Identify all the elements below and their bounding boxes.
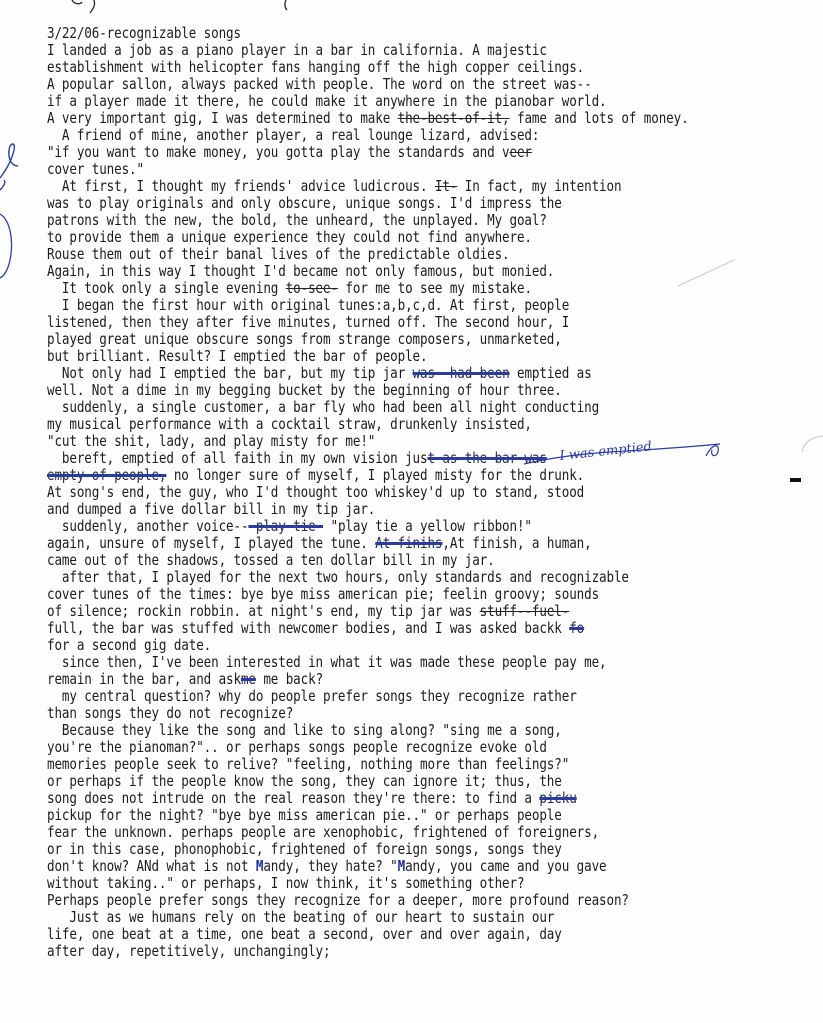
text-line: came out of the shadows, tossed a ten do… xyxy=(47,552,694,569)
typed-strikethrough: eer xyxy=(510,143,532,161)
typed-text-body: 3/22/06-recognizable songsI landed a job… xyxy=(47,25,817,960)
text-segment: suddenly, a single customer, a bar fly w… xyxy=(47,398,599,416)
text-segment: song does not intrude on the real reason… xyxy=(47,789,539,807)
text-segment: of silence; rockin robbin. at night's en… xyxy=(47,602,480,620)
text-segment: or perhaps if the people know the song, … xyxy=(47,772,562,790)
text-segment: than songs they do not recognize? xyxy=(47,704,293,722)
text-line: or perhaps if the people know the song, … xyxy=(47,773,694,790)
text-segment: establishment with helicopter fans hangi… xyxy=(47,58,584,76)
text-segment: came out of the shadows, tossed a ten do… xyxy=(47,551,495,569)
text-segment: A very important gig, I was determined t… xyxy=(47,109,398,127)
ink-correction: M xyxy=(256,857,263,875)
document-title-line: 3/22/06-recognizable songs xyxy=(47,25,694,42)
handwriting-scribble-top xyxy=(60,0,160,14)
text-segment: remain in the bar, and ask xyxy=(47,670,241,688)
text-segment: after that, I played for the next two ho… xyxy=(47,568,629,586)
text-line: "if you want to make money, you gotta pl… xyxy=(47,144,694,161)
text-segment: bereft, emptied of all faith in my own v… xyxy=(47,449,427,467)
text-line: again, unsure of myself, I played the tu… xyxy=(47,535,694,552)
text-segment: no longer sure of myself, I played misty… xyxy=(166,466,584,484)
text-line: or in this case, phonophobic, frightened… xyxy=(47,841,694,858)
text-segment: me back? xyxy=(256,670,323,688)
text-line: empty of people, no longer sure of mysel… xyxy=(47,467,694,484)
text-line: Perhaps people prefer songs they recogni… xyxy=(47,892,694,909)
text-segment: andy, they hate? " xyxy=(263,857,397,875)
typed-strikethrough: stuff--fuel- xyxy=(480,602,570,620)
text-line: well. Not a dime in my begging bucket by… xyxy=(47,382,694,399)
text-line: cover tunes of the times: bye bye miss a… xyxy=(47,586,694,603)
text-line: Just as we humans rely on the beating of… xyxy=(47,909,694,926)
text-segment: Not only had I emptied the bar, but my t… xyxy=(47,364,413,382)
margin-ink-bracket xyxy=(0,210,20,280)
text-line: if a player made it there, he could make… xyxy=(47,93,694,110)
text-line: It took only a single evening to-see- fo… xyxy=(47,280,694,297)
text-line: was to play originals and only obscure, … xyxy=(47,195,694,212)
typed-strikethrough: the-best-of-it, xyxy=(398,109,510,127)
text-segment: again, unsure of myself, I played the tu… xyxy=(47,534,375,552)
text-segment: life, one beat at a time, one beat a sec… xyxy=(47,925,562,943)
text-segment: but brilliant. Result? I emptied the bar… xyxy=(47,347,427,365)
text-line: establishment with helicopter fans hangi… xyxy=(47,59,694,76)
text-line: my central question? why do people prefe… xyxy=(47,688,694,705)
text-line: At song's end, the guy, who I'd thought … xyxy=(47,484,694,501)
text-line: after day, repetitively, unchangingly; xyxy=(47,943,694,960)
text-line: after that, I played for the next two ho… xyxy=(47,569,694,586)
text-segment: don't know? ANd what is not xyxy=(47,857,256,875)
text-line: cover tunes." xyxy=(47,161,694,178)
text-segment: or in this case, phonophobic, frightened… xyxy=(47,840,562,858)
text-segment: cover tunes of the times: bye bye miss a… xyxy=(47,585,599,603)
text-segment: Perhaps people prefer songs they recogni… xyxy=(47,891,629,909)
text-segment: since then, I've been interested in what… xyxy=(47,653,606,671)
text-segment: well. Not a dime in my begging bucket by… xyxy=(47,381,562,399)
text-segment: At first, I thought my friends' advice l… xyxy=(47,177,435,195)
ink-strikethrough: fo xyxy=(569,619,584,637)
ink-strikethrough: t as the bar was xyxy=(427,449,546,467)
text-line: without taking.." or perhaps, I now thin… xyxy=(47,875,694,892)
text-segment: and dumped a five dollar bill in my tip … xyxy=(47,500,375,518)
text-segment: Again, in this way I thought I'd became … xyxy=(47,262,554,280)
text-segment: A popular sallon, always packed with peo… xyxy=(47,75,592,93)
text-segment: A friend of mine, another player, a real… xyxy=(47,126,539,144)
text-line: At first, I thought my friends' advice l… xyxy=(47,178,694,195)
text-segment: without taking.." or perhaps, I now thin… xyxy=(47,874,524,892)
text-segment: In fact, my intention xyxy=(457,177,621,195)
handwriting-mark-top xyxy=(280,0,294,12)
text-line: A friend of mine, another player, a real… xyxy=(47,127,694,144)
ink-strikethrough: me xyxy=(241,670,256,688)
ink-strikethrough: picku xyxy=(539,789,576,807)
typed-strikethrough: to-see- xyxy=(286,279,338,297)
text-segment: fear the unknown. perhaps people are xen… xyxy=(47,823,599,841)
text-segment: I landed a job as a piano player in a ba… xyxy=(47,41,547,59)
text-line: Not only had I emptied the bar, but my t… xyxy=(47,365,694,382)
text-line: Rouse them out of their banal lives of t… xyxy=(47,246,694,263)
text-line: I landed a job as a piano player in a ba… xyxy=(47,42,694,59)
text-segment: I began the first hour with original tun… xyxy=(47,296,569,314)
text-line: fear the unknown. perhaps people are xen… xyxy=(47,824,694,841)
typed-strikethrough: It- xyxy=(435,177,457,195)
ink-strikethrough: -play tie- xyxy=(248,517,323,535)
text-line: since then, I've been interested in what… xyxy=(47,654,694,671)
ink-strikethrough: At finihs xyxy=(375,534,442,552)
text-segment: memories people seek to relive? "feeling… xyxy=(47,755,569,773)
text-line: than songs they do not recognize? xyxy=(47,705,694,722)
text-segment: Because they like the song and like to s… xyxy=(47,721,562,739)
text-segment: listened, then they after five minutes, … xyxy=(47,313,569,331)
text-segment: 3/22/06-recognizable songs xyxy=(47,24,241,42)
text-line: played great unique obscure songs from s… xyxy=(47,331,694,348)
text-segment: my musical performance with a cocktail s… xyxy=(47,415,532,433)
text-segment: emptied as xyxy=(510,364,592,382)
text-line: but brilliant. Result? I emptied the bar… xyxy=(47,348,694,365)
text-line: bereft, emptied of all faith in my own v… xyxy=(47,450,694,467)
text-segment: you're the pianoman?".. or perhaps songs… xyxy=(47,738,547,756)
text-line: life, one beat at a time, one beat a sec… xyxy=(47,926,694,943)
text-segment: suddenly, another voice-- xyxy=(47,517,248,535)
text-segment: pickup for the night? "bye bye miss amer… xyxy=(47,806,562,824)
text-segment: "if you want to make money, you gotta pl… xyxy=(47,143,510,161)
text-segment: for me to see my mistake. xyxy=(338,279,532,297)
text-segment: It took only a single evening xyxy=(47,279,286,297)
text-line: A popular sallon, always packed with peo… xyxy=(47,76,694,93)
text-line: remain in the bar, and askme me back? xyxy=(47,671,694,688)
scanned-page: I was emptied 3/22/06-recognizable songs… xyxy=(0,0,823,1023)
ink-strikethrough: was- had been xyxy=(413,364,510,382)
text-line: pickup for the night? "bye bye miss amer… xyxy=(47,807,694,824)
text-line: memories people seek to relive? "feeling… xyxy=(47,756,694,773)
text-segment: cover tunes." xyxy=(47,160,144,178)
text-line: Because they like the song and like to s… xyxy=(47,722,694,739)
text-segment: played great unique obscure songs from s… xyxy=(47,330,562,348)
text-line: full, the bar was stuffed with newcomer … xyxy=(47,620,694,637)
text-segment: fame and lots of money. xyxy=(510,109,689,127)
text-line: "cut the shit, lady, and play misty for … xyxy=(47,433,694,450)
text-segment: patrons with the new, the bold, the unhe… xyxy=(47,211,547,229)
ink-strikethrough: empty of people, xyxy=(47,466,166,484)
text-line: Again, in this way I thought I'd became … xyxy=(47,263,694,280)
text-segment: was to play originals and only obscure, … xyxy=(47,194,562,212)
text-line: suddenly, a single customer, a bar fly w… xyxy=(47,399,694,416)
text-segment: full, the bar was stuffed with newcomer … xyxy=(47,619,569,637)
text-line: and dumped a five dollar bill in my tip … xyxy=(47,501,694,518)
text-segment: At song's end, the guy, who I'd thought … xyxy=(47,483,584,501)
text-line: for a second gig date. xyxy=(47,637,694,654)
text-segment: if a player made it there, he could make… xyxy=(47,92,606,110)
text-line: of silence; rockin robbin. at night's en… xyxy=(47,603,694,620)
text-segment: to provide them a unique experience they… xyxy=(47,228,532,246)
text-line: A very important gig, I was determined t… xyxy=(47,110,694,127)
text-segment: Rouse them out of their banal lives of t… xyxy=(47,245,510,263)
margin-ink-loop xyxy=(0,140,22,200)
text-segment: ,At finish, a human, xyxy=(442,534,591,552)
text-line: suddenly, another voice---play tie- "pla… xyxy=(47,518,694,535)
text-segment: for a second gig date. xyxy=(47,636,211,654)
text-line: I began the first hour with original tun… xyxy=(47,297,694,314)
text-segment: after day, repetitively, unchangingly; xyxy=(47,942,330,960)
text-segment: andy, you came and you gave xyxy=(405,857,606,875)
text-line: don't know? ANd what is not Mandy, they … xyxy=(47,858,694,875)
text-line: patrons with the new, the bold, the unhe… xyxy=(47,212,694,229)
text-line: you're the pianoman?".. or perhaps songs… xyxy=(47,739,694,756)
text-line: listened, then they after five minutes, … xyxy=(47,314,694,331)
text-segment: Just as we humans rely on the beating of… xyxy=(47,908,554,926)
text-line: song does not intrude on the real reason… xyxy=(47,790,694,807)
text-line: my musical performance with a cocktail s… xyxy=(47,416,694,433)
text-line: to provide them a unique experience they… xyxy=(47,229,694,246)
text-segment: my central question? why do people prefe… xyxy=(47,687,577,705)
text-segment: "cut the shit, lady, and play misty for … xyxy=(47,432,375,450)
text-segment: "play tie a yellow ribbon!" xyxy=(323,517,532,535)
